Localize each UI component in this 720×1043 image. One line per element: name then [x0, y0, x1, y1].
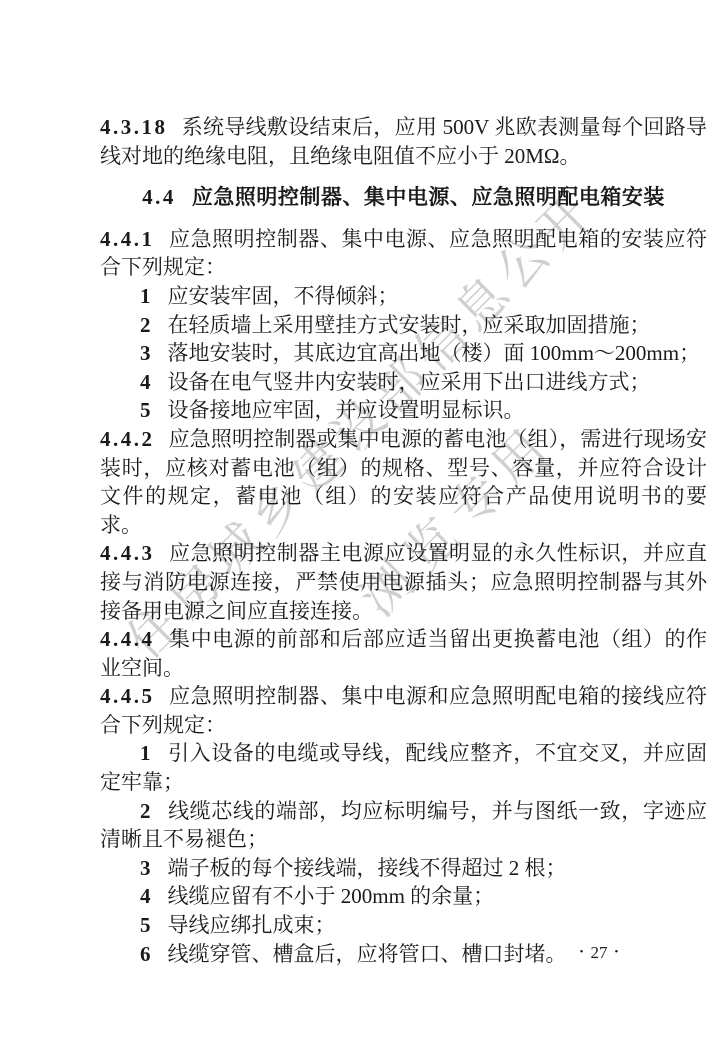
clause-number: 4.4.4 [100, 627, 155, 651]
clause-text: 应急照明控制器主电源应设置明显的永久性标识，并应直接与消防电源连接，严禁使用电源… [100, 541, 707, 622]
clause-text: 集中电源的前部和后部应适当留出更换蓄电池（组）的作业空间。 [100, 627, 707, 680]
item-number: 3 [140, 341, 151, 365]
item-number: 2 [140, 313, 151, 337]
section-number: 4.4 [142, 185, 176, 209]
item-number: 6 [140, 942, 151, 966]
item-number: 2 [140, 799, 151, 823]
item-number: 4 [140, 884, 151, 908]
item-text: 在轻质墙上采用壁挂方式安装时，应采取加固措施； [168, 313, 651, 337]
list-item-4-4-1-4: 4设备在电气竖井内安装时，应采用下出口进线方式； [100, 368, 707, 397]
clause-4-4-4: 4.4.4集中电源的前部和后部应适当留出更换蓄电池（组）的作业空间。 [100, 625, 707, 682]
clause-number: 4.3.18 [100, 115, 168, 139]
page-number: •27• [557, 943, 641, 963]
list-item-4-4-5-2: 2线缆芯线的端部，均应标明编号，并与图纸一致，字迹应清晰且不易褪色； [100, 797, 707, 854]
list-item-4-4-1-1: 1应安装牢固，不得倾斜； [100, 282, 707, 311]
clause-text: 系统导线敷设结束后，应用 500V 兆欧表测量每个回路导线对地的绝缘电阻，且绝缘… [100, 115, 707, 168]
item-text: 落地安装时，其底边宜高出地（楼）面 100mm～200mm； [168, 341, 701, 365]
clause-number: 4.4.3 [100, 541, 155, 565]
list-item-4-4-1-3: 3落地安装时，其底边宜高出地（楼）面 100mm～200mm； [100, 339, 707, 368]
item-number: 5 [140, 398, 151, 422]
clause-4-4-3: 4.4.3应急照明控制器主电源应设置明显的永久性标识，并应直接与消防电源连接，严… [100, 539, 707, 625]
clause-text: 应急照明控制器、集中电源和应急照明配电箱的接线应符合下列规定： [100, 684, 707, 737]
list-item-4-4-5-4: 4线缆应留有不小于 200mm 的余量； [100, 882, 707, 911]
document-page: 住房城乡建设部信息公开 浏览专用 4.3.18系统导线敷设结束后，应用 500V… [0, 0, 720, 1043]
item-text: 端子板的每个接线端，接线不得超过 2 根； [168, 856, 567, 880]
item-text: 线缆芯线的端部，均应标明编号，并与图纸一致，字迹应清晰且不易褪色； [100, 799, 707, 852]
list-item-4-4-1-2: 2在轻质墙上采用壁挂方式安装时，应采取加固措施； [100, 311, 707, 340]
item-number: 3 [140, 856, 151, 880]
item-number: 1 [140, 741, 151, 765]
item-text: 设备接地应牢固，并应设置明显标识。 [168, 398, 525, 422]
list-item-4-4-1-5: 5设备接地应牢固，并应设置明显标识。 [100, 396, 707, 425]
item-text: 引入设备的电缆或导线，配线应整齐，不宜交叉，并应固定牢靠； [100, 741, 707, 794]
footer-page-number: 27 [591, 943, 608, 962]
clause-4-3-18: 4.3.18系统导线敷设结束后，应用 500V 兆欧表测量每个回路导线对地的绝缘… [100, 113, 707, 170]
item-text: 应安装牢固，不得倾斜； [168, 284, 399, 308]
item-text: 导线应绑扎成束； [168, 913, 336, 937]
clause-4-4-2: 4.4.2应急照明控制器或集中电源的蓄电池（组），需进行现场安装时，应核对蓄电池… [100, 425, 707, 539]
list-item-4-4-5-3: 3端子板的每个接线端，接线不得超过 2 根； [100, 854, 707, 883]
clause-text: 应急照明控制器或集中电源的蓄电池（组），需进行现场安装时，应核对蓄电池（组）的规… [100, 427, 707, 537]
clause-4-4-1: 4.4.1应急照明控制器、集中电源、应急照明配电箱的安装应符合下列规定： [100, 225, 707, 282]
clause-number: 4.4.5 [100, 684, 155, 708]
clause-number: 4.4.1 [100, 227, 155, 251]
footer-left-dot: • [573, 946, 591, 958]
item-text: 设备在电气竖井内安装时，应采用下出口进线方式； [168, 370, 651, 394]
document-body: 4.3.18系统导线敷设结束后，应用 500V 兆欧表测量每个回路导线对地的绝缘… [100, 0, 707, 968]
item-number: 4 [140, 370, 151, 394]
list-item-4-4-5-1: 1引入设备的电缆或导线，配线应整齐，不宜交叉，并应固定牢靠； [100, 739, 707, 796]
footer-right-dot: • [608, 946, 626, 958]
item-number: 1 [140, 284, 151, 308]
item-text: 线缆穿管、槽盒后，应将管口、槽口封堵。 [168, 942, 567, 966]
clause-number: 4.4.2 [100, 427, 155, 451]
list-item-4-4-5-5: 5导线应绑扎成束； [100, 911, 707, 940]
clause-4-4-5: 4.4.5应急照明控制器、集中电源和应急照明配电箱的接线应符合下列规定： [100, 682, 707, 739]
item-text: 线缆应留有不小于 200mm 的余量； [168, 884, 495, 908]
item-number: 5 [140, 913, 151, 937]
clause-text: 应急照明控制器、集中电源、应急照明配电箱的安装应符合下列规定： [100, 227, 707, 280]
section-heading-4-4: 4.4应急照明控制器、集中电源、应急照明配电箱安装 [100, 183, 707, 212]
section-title: 应急照明控制器、集中电源、应急照明配电箱安装 [192, 185, 665, 209]
